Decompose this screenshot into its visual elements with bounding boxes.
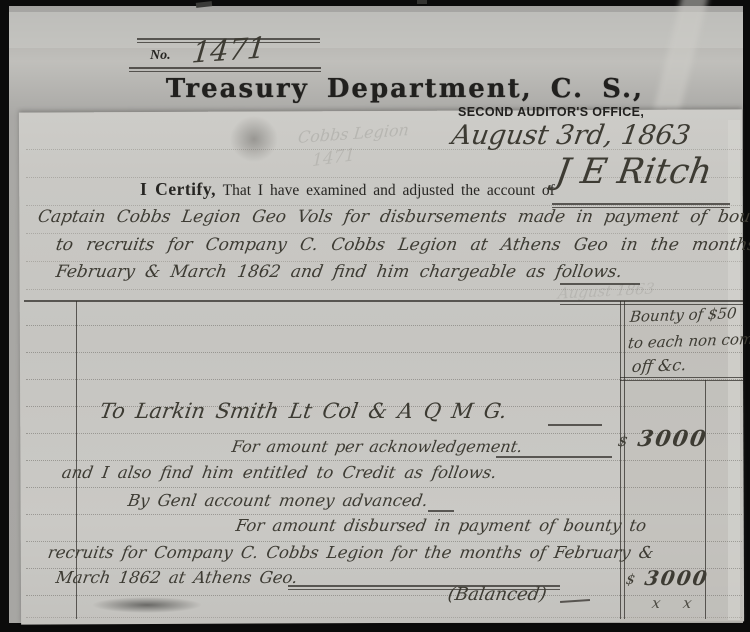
- column-header-line: Bounty of $50: [629, 304, 737, 326]
- date-line: August 3rd, 1863: [450, 120, 693, 151]
- document-number-value: 1471: [190, 30, 267, 69]
- certify-line: I Certify, That I have examined and adju…: [140, 179, 555, 200]
- ledger-entry: By Genl account money advanced.: [126, 491, 429, 510]
- ruled-line: [26, 487, 742, 488]
- certificate-body-line: to recruits for Company C. Cobbs Legion …: [54, 235, 750, 255]
- handwritten-dash: [428, 510, 454, 512]
- ruled-line: [26, 460, 742, 461]
- account-name: J E Ritch: [553, 152, 715, 192]
- amount-value: 3000: [643, 566, 710, 590]
- table-top-border: [24, 300, 743, 302]
- ledger-entry: recruits for Company C. Cobbs Legion for…: [46, 543, 655, 562]
- certify-label: I Certify,: [140, 179, 216, 199]
- name-underline: [552, 203, 730, 205]
- ruled-line: [26, 433, 742, 434]
- ledger-entry: March 1862 at Athens Geo.: [54, 568, 299, 587]
- scan-artifact: [417, 0, 427, 4]
- handwritten-fill-line: [496, 456, 612, 458]
- ruled-line: [26, 541, 742, 542]
- ruled-line: [26, 617, 742, 618]
- ledger-entry: For amount per acknowledgement.: [230, 437, 523, 456]
- office-subtitle: SECOND AUDITOR'S OFFICE,: [458, 104, 644, 119]
- ruled-line: [26, 595, 742, 596]
- ruled-line: [26, 233, 742, 234]
- scanned-document: No. 1471 Treasury Department, C. S., SEC…: [0, 0, 750, 632]
- ledger-entry: and I also find him entitled to Credit a…: [60, 463, 498, 482]
- document-number-label: No.: [150, 48, 171, 64]
- ledger-entry: For amount disbursed in payment of bount…: [234, 516, 647, 535]
- balanced-note: (Balanced): [446, 584, 548, 605]
- column-header-underline: [620, 380, 743, 381]
- ruled-line: [26, 205, 742, 206]
- column-header-underline: [620, 377, 743, 378]
- amount-column-rule: [620, 301, 621, 619]
- handwritten-dash: [548, 424, 602, 426]
- scan-light-band: [9, 12, 743, 48]
- tally-marks: x x: [651, 594, 703, 612]
- column-header-line: off &c.: [631, 355, 687, 376]
- ruled-line: [26, 352, 742, 353]
- ink-smudge: [92, 597, 202, 613]
- certificate-body-line: February & March 1862 and find him charg…: [54, 262, 623, 282]
- handwritten-dash: [560, 283, 640, 285]
- ruled-line: [26, 514, 742, 515]
- department-title: Treasury Department, C. S.,: [166, 74, 644, 104]
- certificate-body-line: Captain Cobbs Legion Geo Vols for disbur…: [36, 207, 750, 227]
- number-box-line: [129, 71, 321, 72]
- ink-smudge: [230, 116, 278, 162]
- paper-edge-highlight: [728, 120, 740, 620]
- amount-column-rule: [624, 301, 625, 619]
- certify-text: That I have examined and adjusted the ac…: [223, 182, 555, 199]
- ledger-entry: To Larkin Smith Lt Col & A Q M G.: [98, 399, 508, 423]
- amount-value: 3000: [636, 426, 709, 452]
